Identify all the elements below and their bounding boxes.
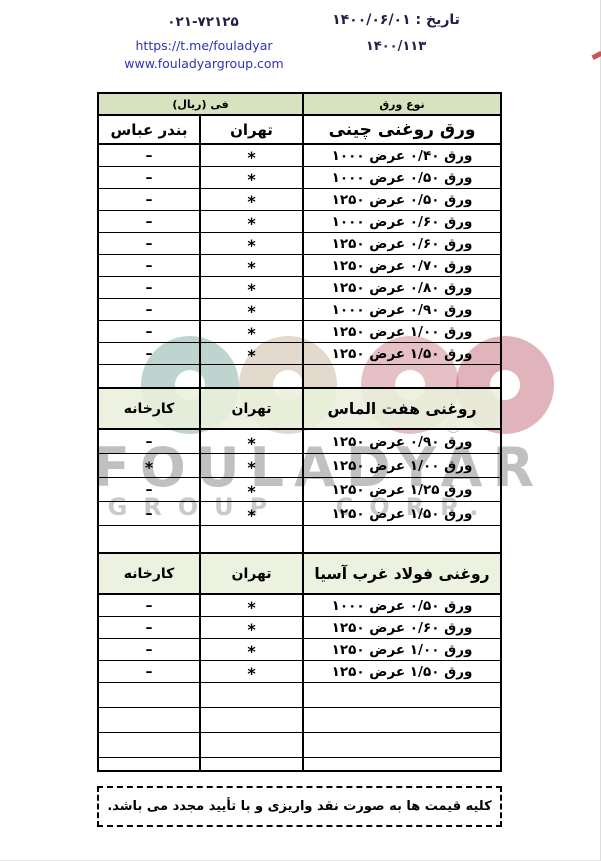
tehran-price: * [199,321,302,342]
table-row: ورق ۰/۴۰ عرض ۱۰۰۰ * – [99,145,500,167]
sheet-type: ورق ۱/۰۰ عرض ۱۲۵۰ [302,454,500,477]
factory-column-header: کارخانه [99,554,199,593]
sheet-type: ورق ۰/۶۰ عرض ۱۲۵۰ [302,617,500,638]
table-row: ورق ۰/۵۰ عرض ۱۰۰۰ * – [99,167,500,189]
section-west-asia-steel-oiled: روغنی فولاد غرب آسیا تهران کارخانه ورق ۰… [99,552,500,683]
tehran-price: * [199,478,302,501]
sheet-type: ورق ۰/۸۰ عرض ۱۲۵۰ [302,277,500,298]
tehran-price: * [199,277,302,298]
second-price: – [99,211,199,232]
second-price: – [99,255,199,276]
table-row: ورق ۰/۶۰ عرض ۱۲۵۰ * – [99,617,500,639]
factory-price: – [99,617,199,638]
section-header-row: ورق روغنی چینی تهران بندر عباس [99,116,500,145]
sheet-type: ورق ۱/۰۰ عرض ۱۲۵۰ [302,639,500,660]
table-row: ورق ۰/۷۰ عرض ۱۲۵۰ * – [99,255,500,277]
table-row: ورق ۱/۰۰ عرض ۱۲۵۰ * – [99,639,500,661]
sheet-type: ورق ۰/۵۰ عرض ۱۰۰۰ [302,595,500,616]
section-title: ورق روغنی چینی [302,116,500,143]
sheet-type: ورق ۰/۷۰ عرض ۱۲۵۰ [302,255,500,276]
red-edge-mark [591,51,601,60]
factory-price: – [99,502,199,525]
sheet-type: ورق ۱/۰۰ عرض ۱۲۵۰ [302,321,500,342]
sheet-type: ورق ۱/۲۵ عرض ۱۲۵۰ [302,478,500,501]
section-title: روغنی هفت الماس [302,389,500,428]
tehran-price: * [199,639,302,660]
tehran-price: * [199,233,302,254]
section-header-row: روغنی فولاد غرب آسیا تهران کارخانه [99,552,500,595]
second-price: – [99,277,199,298]
factory-price: – [99,595,199,616]
section-haft-almas-oiled: روغنی هفت الماس تهران کارخانه ورق ۰/۹۰ ع… [99,387,500,526]
date-label: تاریخ : ۱۴۰۰/۰۶/۰۱ [318,12,474,28]
bandar-abbas-column-header: بندر عباس [99,116,199,143]
table-row: ورق ۱/۵۰ عرض ۱۲۵۰ * – [99,502,500,526]
factory-price: – [99,639,199,660]
empty-row [99,708,500,733]
sheet-type: ورق ۰/۹۰ عرض ۱۲۵۰ [302,430,500,453]
tehran-price: * [199,430,302,453]
empty-row [99,758,500,770]
tehran-price: * [199,661,302,682]
sheet-type: ورق ۰/۶۰ عرض ۱۲۵۰ [302,233,500,254]
empty-row [99,733,500,758]
factory-price: – [99,661,199,682]
tehran-price: * [199,454,302,477]
tehran-column-header: تهران [199,116,302,143]
section-header-row: روغنی هفت الماس تهران کارخانه [99,387,500,430]
table-row: ورق ۰/۹۰ عرض ۱۰۰۰ * – [99,299,500,321]
phone-number: ۰۲۱-۷۲۱۲۵ [133,14,273,30]
table-row: ورق ۱/۵۰ عرض ۱۲۵۰ * – [99,661,500,683]
tehran-price: * [199,255,302,276]
table-row: ورق ۱/۵۰ عرض ۱۲۵۰ * – [99,343,500,365]
tehran-price: * [199,189,302,210]
sheet-type: ورق ۰/۵۰ عرض ۱۰۰۰ [302,167,500,188]
tehran-price: * [199,167,302,188]
second-price: – [99,189,199,210]
tehran-price: * [199,617,302,638]
table-row: ورق ۰/۵۰ عرض ۱۲۵۰ * – [99,189,500,211]
second-price: – [99,233,199,254]
type-column-header: نوع ورق [302,94,500,114]
factory-price: – [99,478,199,501]
table-row: ورق ۱/۰۰ عرض ۱۲۵۰ * – [99,321,500,343]
sheet-type: ورق ۰/۵۰ عرض ۱۲۵۰ [302,189,500,210]
footer-note: کلیه قیمت ها به صورت نقد واریزی و با تأی… [97,786,502,827]
table-row: ورق ۰/۶۰ عرض ۱۲۵۰ * – [99,233,500,255]
sheet-type: ورق ۰/۹۰ عرض ۱۰۰۰ [302,299,500,320]
table-row: ورق ۱/۰۰ عرض ۱۲۵۰ * * [99,454,500,478]
second-price: – [99,167,199,188]
sheet-type: ورق ۱/۵۰ عرض ۱۲۵۰ [302,661,500,682]
factory-price: * [99,454,199,477]
empty-row [99,683,500,708]
website-link[interactable]: www.fouladyargroup.com [108,56,300,71]
price-column-header: فی (ریال) [99,94,302,114]
tehran-price: * [199,299,302,320]
factory-price: – [99,430,199,453]
sheet-type: ورق ۱/۵۰ عرض ۱۲۵۰ [302,502,500,525]
second-price: – [99,299,199,320]
section-title: روغنی فولاد غرب آسیا [302,554,500,593]
tehran-price: * [199,211,302,232]
table-row: ورق ۰/۵۰ عرض ۱۰۰۰ * – [99,595,500,617]
factory-column-header: کارخانه [99,389,199,428]
table-row: ورق ۱/۲۵ عرض ۱۲۵۰ * – [99,478,500,502]
spacer-row [99,365,500,387]
sheet-type: ورق ۰/۶۰ عرض ۱۰۰۰ [302,211,500,232]
sheet-type: ورق ۱/۵۰ عرض ۱۲۵۰ [302,343,500,364]
telegram-link[interactable]: https://t.me/fouladyar [118,38,290,53]
spacer-row [99,526,500,552]
tehran-price: * [199,343,302,364]
tehran-price: * [199,595,302,616]
document-number: ۱۴۰۰/۱۱۳ [330,39,462,54]
second-price: – [99,343,199,364]
table-row: ورق ۰/۶۰ عرض ۱۰۰۰ * – [99,211,500,233]
second-price: – [99,321,199,342]
tehran-column-header: تهران [199,554,302,593]
sheet-type: ورق ۰/۴۰ عرض ۱۰۰۰ [302,145,500,166]
second-price: – [99,145,199,166]
tehran-column-header: تهران [199,389,302,428]
table-header-row: نوع ورق فی (ریال) [99,94,500,116]
price-table: نوع ورق فی (ریال) ورق روغنی چینی تهران ب… [97,92,502,772]
table-row: ورق ۰/۸۰ عرض ۱۲۵۰ * – [99,277,500,299]
scanned-price-sheet: تاریخ : ۱۴۰۰/۰۶/۰۱ ۱۴۰۰/۱۱۳ ۰۲۱-۷۲۱۲۵ ht… [0,0,601,861]
section-chinese-oiled-sheet: ورق روغنی چینی تهران بندر عباس ورق ۰/۴۰ … [99,116,500,365]
table-row: ورق ۰/۹۰ عرض ۱۲۵۰ * – [99,430,500,454]
tehran-price: * [199,145,302,166]
tehran-price: * [199,502,302,525]
